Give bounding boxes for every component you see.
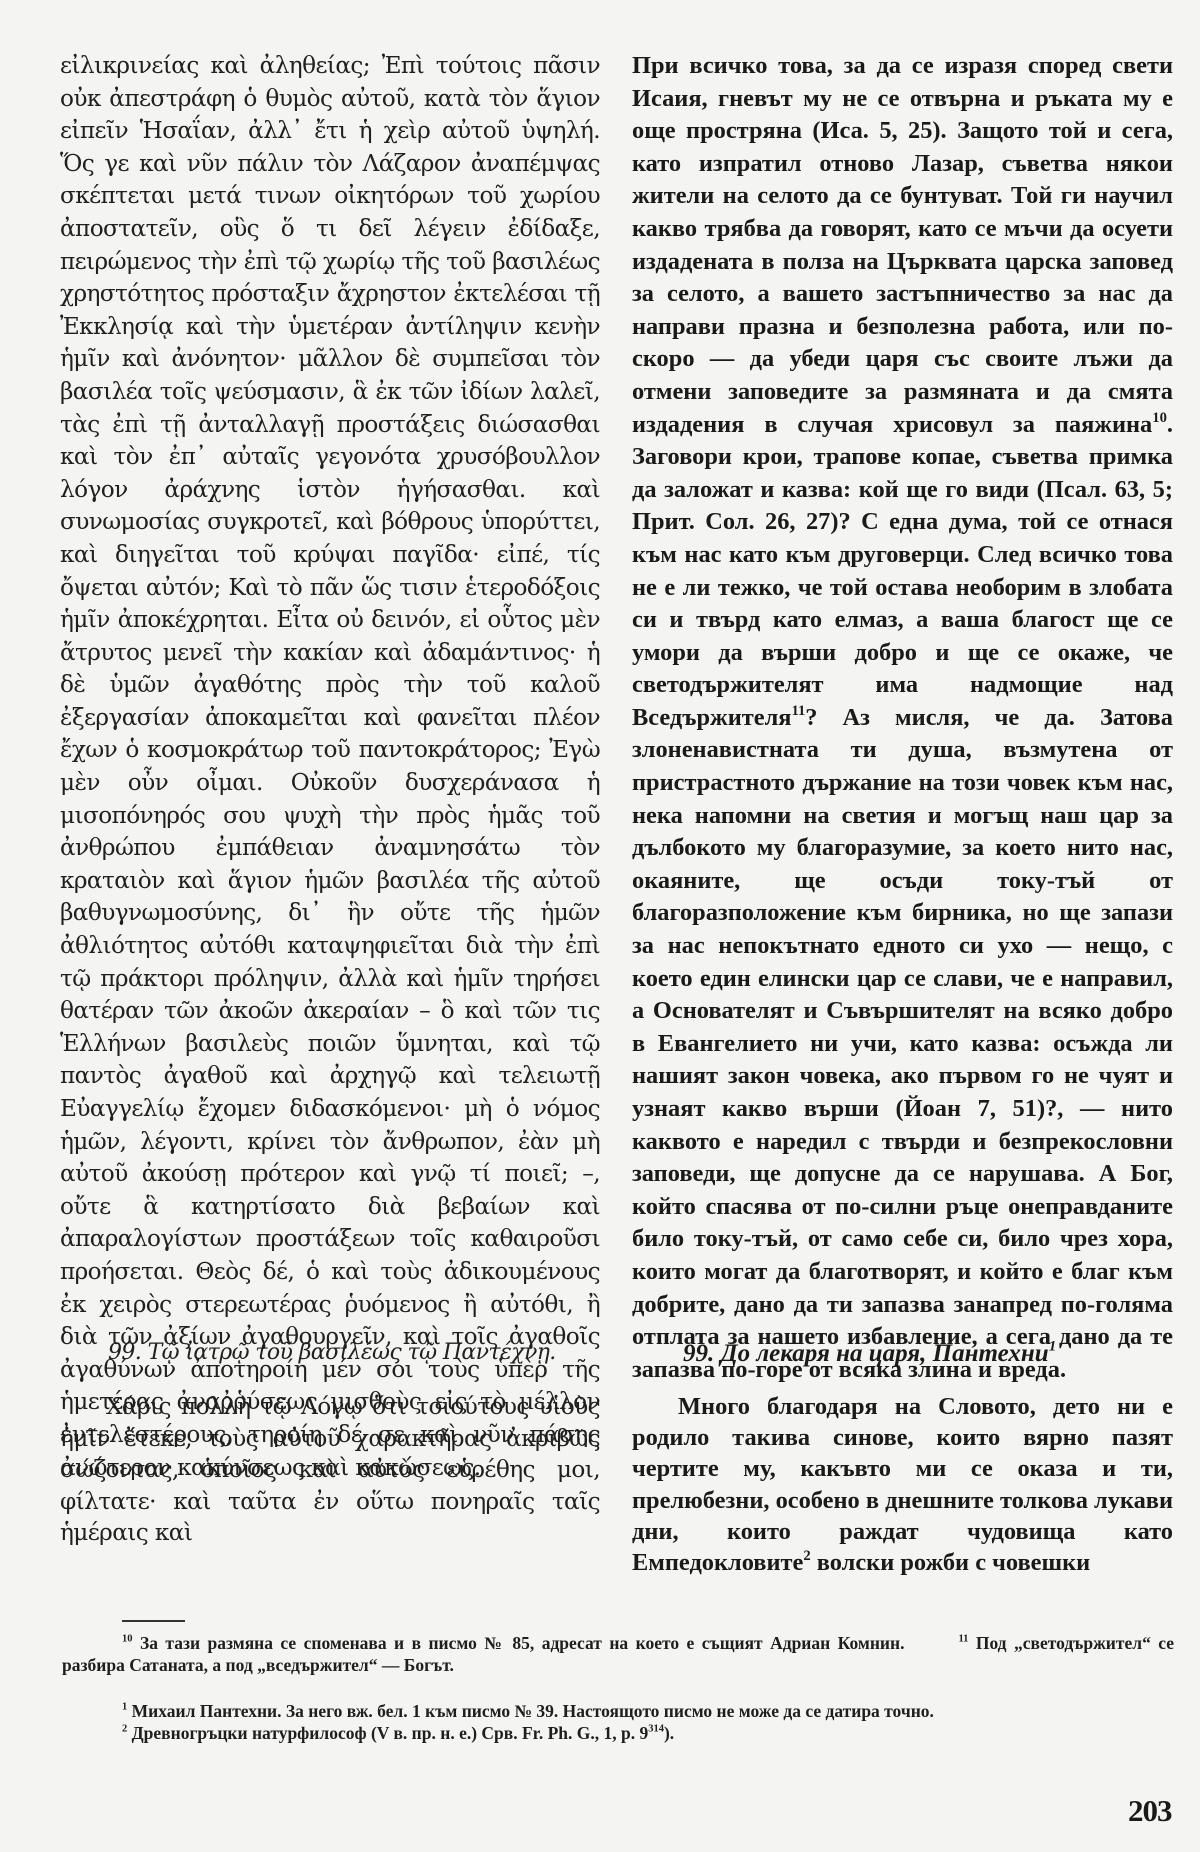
footnote-ref-10[interactable]: 10 — [1152, 409, 1167, 425]
bulgarian-letter-99-heading: 99. До лекаря на царя, Пантехни1 — [683, 1340, 1056, 1368]
greek-letter-98-text: εἰλικρινείας καὶ ἀληθείας; Ἐπὶ τούτοις π… — [60, 50, 600, 1484]
bulgarian-text-column: При всичко това, за да се изразя според … — [632, 50, 1173, 1386]
page-number: 203 — [1128, 1793, 1172, 1829]
footnote-ref-2[interactable]: 2 — [803, 1548, 810, 1564]
footnote-1: 1 Михаил Пантехни. За него вж. бел. 1 къ… — [62, 1700, 1174, 1722]
greek-letter-99-heading: 99. Τῷ ἰατρῷ τοῦ βασιλέως τῷ Παντέχνῃ. — [108, 1340, 556, 1365]
greek-text-column: εἰλικρινείας καὶ ἀληθείας; Ἐπὶ τούτοις π… — [60, 50, 600, 1484]
greek-letter-99-body: Χάρις πολλὴ τῷ Λόγῳ ὅτι τοιούτους υἱοὺς … — [60, 1391, 600, 1549]
book-page: εἰλικρινείας καὶ ἀληθείας; Ἐπὶ τούτοις π… — [0, 0, 1200, 1852]
footnote-separator — [122, 1620, 185, 1622]
bulgarian-letter-99-body: Много благодаря на Словото, дето ни е ро… — [632, 1391, 1173, 1578]
footnote-10-11: 10 За тази размяна се споменава и в писм… — [62, 1632, 1174, 1676]
footnote-ref-11[interactable]: 11 — [791, 703, 805, 719]
footnote-2: 2 Древногръцки натурфилософ (V в. пр. н.… — [62, 1722, 1174, 1744]
footnote-ref-1[interactable]: 1 — [1049, 1339, 1057, 1355]
bulgarian-letter-98-text: При всичко това, за да се изразя според … — [632, 50, 1173, 1386]
